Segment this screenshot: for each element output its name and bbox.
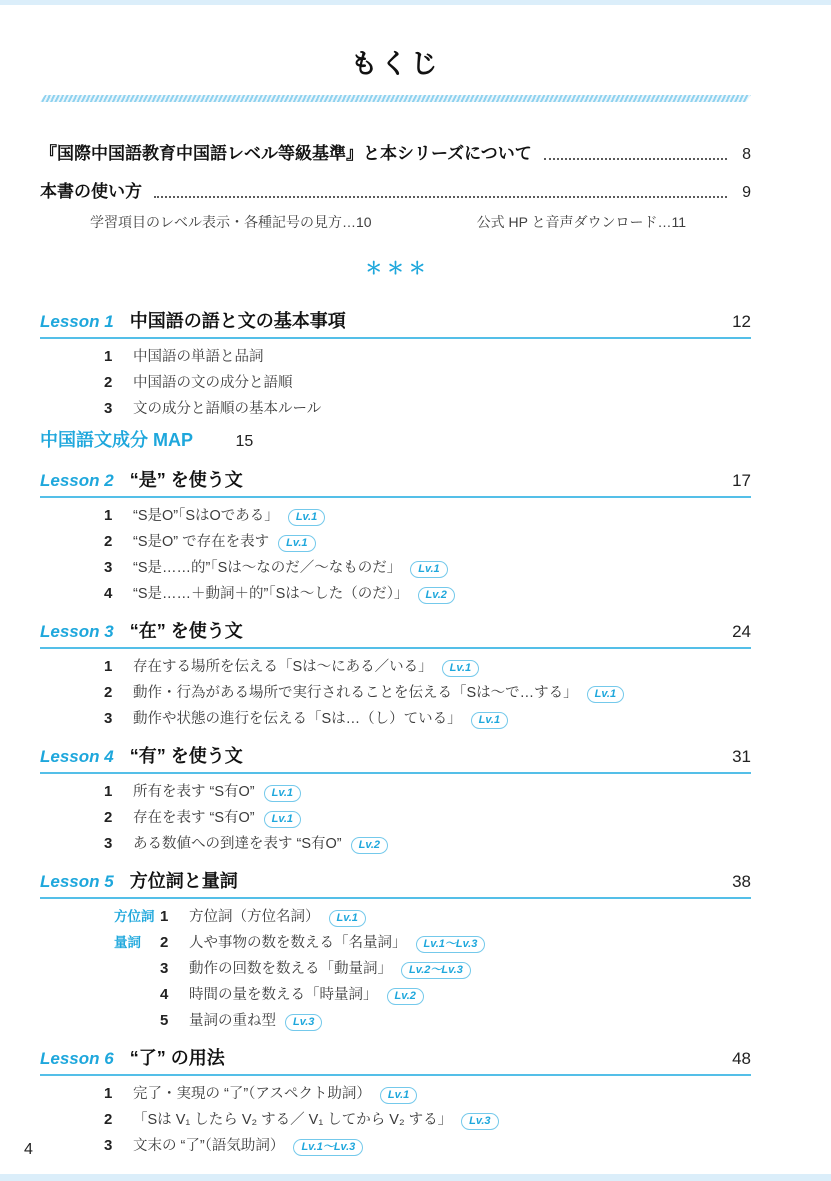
- category-label: 量詞: [114, 933, 160, 952]
- lesson-tag: Lesson 1: [40, 311, 114, 333]
- toc-item: 3 文の成分と語順の基本ルール: [40, 399, 751, 419]
- level-badge: Lv.1: [442, 660, 479, 677]
- item-text: 量詞の重ね型: [189, 1012, 276, 1031]
- item-text: 中国語の単語と品詞: [133, 348, 264, 367]
- lesson-title: 方位詞と量詞: [130, 870, 238, 892]
- item-number: 2: [104, 683, 120, 702]
- level-badge: Lv.1～Lv.3: [293, 1139, 363, 1156]
- toc-item: 3 動作や状態の進行を伝える「Sは…（し）ている」 Lv.1: [40, 709, 751, 729]
- toc-item: 3 “S是……的”「Sは～なのだ／～なものだ」 Lv.1: [40, 558, 751, 578]
- toc-entry-label: 『国際中国語教育中国語レベル等級基準』と本シリーズについて: [40, 142, 532, 165]
- toc-item: 3 動作の回数を数える「動量詞」 Lv.2～Lv.3: [40, 959, 751, 979]
- toc-content: もくじ 『国際中国語教育中国語レベル等級基準』と本シリーズについて 8 本書の使…: [40, 0, 751, 1156]
- toc-item: 方位詞 1 方位詞（方位名詞） Lv.1: [40, 907, 751, 927]
- toc-item: 1 存在する場所を伝える「Sは～にある／いる」 Lv.1: [40, 657, 751, 677]
- sub-entry: 学習項目のレベル表示・各種記号の見方…10: [90, 212, 372, 232]
- item-text: 動作・行為がある場所で実行されることを伝える「Sは～で…する」: [133, 684, 578, 703]
- lesson-block-4: Lesson 4 “有” を使う文 31 1 所有を表す “S有O” Lv.1 …: [40, 745, 751, 854]
- item-number: 4: [160, 985, 176, 1004]
- item-text: 「Sは V₁ したら V₂ する／ V₁ してから V₂ する」: [133, 1111, 452, 1130]
- item-text: 存在する場所を伝える「Sは～にある／いる」: [133, 658, 433, 677]
- lesson-tag: Lesson 3: [40, 621, 114, 643]
- lesson-tag: Lesson 2: [40, 470, 114, 492]
- level-badge: Lv.2: [351, 837, 388, 854]
- lesson-title: “有” を使う文: [130, 745, 243, 767]
- toc-item: 2 「Sは V₁ したら V₂ する／ V₁ してから V₂ する」 Lv.3: [40, 1110, 751, 1130]
- lesson-tag: Lesson 5: [40, 871, 114, 893]
- item-number: 4: [104, 584, 120, 603]
- item-number: 1: [104, 782, 120, 801]
- lesson-heading: Lesson 5 方位詞と量詞 38: [40, 870, 751, 899]
- toc-item: 3 ある数値への到達を表す “S有O” Lv.2: [40, 834, 751, 854]
- lesson-block-2: Lesson 2 “是” を使う文 17 1 “S是O”「SはOである」 Lv.…: [40, 469, 751, 604]
- toc-item: 5 量詞の重ね型 Lv.3: [40, 1011, 751, 1031]
- front-matter: 『国際中国語教育中国語レベル等級基準』と本シリーズについて 8 本書の使い方 9…: [40, 142, 751, 280]
- toc-page: もくじ 『国際中国語教育中国語レベル等級基準』と本シリーズについて 8 本書の使…: [0, 0, 831, 1181]
- item-text: 完了・実現の “了”（アスペクト助詞）: [133, 1085, 371, 1104]
- item-number: 1: [104, 1084, 120, 1103]
- level-badge: Lv.2: [418, 587, 455, 604]
- lesson-title: “是” を使う文: [130, 469, 243, 491]
- lesson-page-number: 24: [732, 621, 751, 643]
- item-number: 2: [104, 808, 120, 827]
- toc-entry-page: 9: [737, 181, 751, 204]
- item-number: 3: [104, 399, 120, 418]
- lesson-heading: Lesson 1 中国語の語と文の基本事項 12: [40, 310, 751, 339]
- item-number: 3: [104, 558, 120, 577]
- lesson-page-number: 12: [732, 311, 751, 333]
- toc-item: 2 “S是O” で存在を表す Lv.1: [40, 532, 751, 552]
- lesson-tag: Lesson 4: [40, 746, 114, 768]
- item-text: “S是……的”「Sは～なのだ／～なものだ」: [133, 559, 401, 578]
- toc-item: 4 時間の量を数える「時量詞」 Lv.2: [40, 985, 751, 1005]
- item-text: 人や事物の数を数える「名量詞」: [189, 934, 407, 953]
- item-text: 動作の回数を数える「動量詞」: [189, 960, 392, 979]
- item-number: 2: [104, 1110, 120, 1129]
- toc-item: 4 “S是……＋動詞＋的”「Sは～した（のだ）」 Lv.2: [40, 584, 751, 604]
- item-number: 1: [104, 506, 120, 525]
- toc-item: 2 動作・行為がある場所で実行されることを伝える「Sは～で…する」 Lv.1: [40, 683, 751, 703]
- lesson-title: 中国語の語と文の基本事項: [130, 310, 346, 332]
- map-entry: 中国語文成分 MAP 15: [40, 429, 751, 453]
- item-number: 1: [104, 347, 120, 366]
- lesson-title: “了” の用法: [130, 1047, 225, 1069]
- decorative-hatch-rule: [40, 95, 751, 102]
- item-text: 方位詞（方位名詞）: [189, 908, 320, 927]
- dotted-leader: [544, 158, 727, 160]
- level-badge: Lv.1～Lv.3: [416, 936, 486, 953]
- item-number: 3: [160, 959, 176, 978]
- item-text: “S是……＋動詞＋的”「Sは～した（のだ）」: [133, 585, 409, 604]
- lesson-heading: Lesson 6 “了” の用法 48: [40, 1047, 751, 1076]
- item-number: 3: [104, 1136, 120, 1155]
- map-entry-label: 中国語文成分 MAP: [40, 430, 193, 450]
- level-badge: Lv.2～Lv.3: [401, 962, 471, 979]
- lesson-heading: Lesson 2 “是” を使う文 17: [40, 469, 751, 498]
- item-number: 3: [104, 709, 120, 728]
- item-number: 2: [104, 532, 120, 551]
- page-edge-top: [0, 0, 831, 5]
- lesson-page-number: 38: [732, 871, 751, 893]
- toc-entry-label: 本書の使い方: [40, 180, 142, 203]
- toc-item: 1 “S是O”「SはOである」 Lv.1: [40, 506, 751, 526]
- dotted-leader: [154, 196, 727, 198]
- level-badge: Lv.1: [264, 811, 301, 828]
- lesson-page-number: 31: [732, 746, 751, 768]
- lesson-title: “在” を使う文: [130, 620, 243, 642]
- level-badge: Lv.1: [471, 712, 508, 729]
- level-badge: Lv.1: [264, 785, 301, 802]
- lesson-heading: Lesson 3 “在” を使う文 24: [40, 620, 751, 649]
- toc-item: 1 中国語の単語と品詞: [40, 347, 751, 367]
- toc-item: 1 完了・実現の “了”（アスペクト助詞） Lv.1: [40, 1084, 751, 1104]
- toc-item: 3 文末の “了”（語気助詞） Lv.1～Lv.3: [40, 1136, 751, 1156]
- item-text: 所有を表す “S有O”: [133, 783, 255, 802]
- item-number: 3: [104, 834, 120, 853]
- lesson-block-6: Lesson 6 “了” の用法 48 1 完了・実現の “了”（アスペクト助詞…: [40, 1047, 751, 1156]
- item-number: 1: [104, 657, 120, 676]
- lesson-page-number: 17: [732, 470, 751, 492]
- toc-item: 量詞 2 人や事物の数を数える「名量詞」 Lv.1～Lv.3: [40, 933, 751, 953]
- level-badge: Lv.3: [461, 1113, 498, 1130]
- level-badge: Lv.1: [278, 535, 315, 552]
- toc-item: 2 中国語の文の成分と語順: [40, 373, 751, 393]
- item-text: 存在を表す “S有O”: [133, 809, 255, 828]
- toc-item: 1 所有を表す “S有O” Lv.1: [40, 782, 751, 802]
- page-edge-bottom: [0, 1174, 831, 1181]
- level-badge: Lv.1: [410, 561, 447, 578]
- item-text: “S是O”「SはOである」: [133, 507, 279, 526]
- front-matter-sub-entries: 学習項目のレベル表示・各種記号の見方…10 公式 HP と音声ダウンロード…11: [40, 212, 751, 232]
- lesson-block-1: Lesson 1 中国語の語と文の基本事項 12 1 中国語の単語と品詞 2 中…: [40, 310, 751, 419]
- level-badge: Lv.3: [285, 1014, 322, 1031]
- level-badge: Lv.1: [587, 686, 624, 703]
- level-badge: Lv.2: [387, 988, 424, 1005]
- lesson-block-5: Lesson 5 方位詞と量詞 38 方位詞 1 方位詞（方位名詞） Lv.1 …: [40, 870, 751, 1031]
- item-text: 時間の量を数える「時量詞」: [189, 986, 378, 1005]
- item-text: 動作や状態の進行を伝える「Sは…（し）ている」: [133, 710, 462, 729]
- lesson-heading: Lesson 4 “有” を使う文 31: [40, 745, 751, 774]
- item-text: 文末の “了”（語気助詞）: [133, 1137, 284, 1156]
- category-label: 方位詞: [114, 907, 160, 926]
- item-number: 2: [160, 933, 176, 952]
- folio-page-number: 4: [24, 1141, 33, 1159]
- toc-item: 2 存在を表す “S有O” Lv.1: [40, 808, 751, 828]
- lesson-page-number: 48: [732, 1048, 751, 1070]
- level-badge: Lv.1: [380, 1087, 417, 1104]
- section-separator: ＊ ＊ ＊: [40, 258, 751, 280]
- item-text: ある数値への到達を表す “S有O”: [133, 835, 342, 854]
- item-text: 文の成分と語順の基本ルール: [133, 400, 321, 419]
- item-number: 2: [104, 373, 120, 392]
- sub-entry: 公式 HP と音声ダウンロード…11: [477, 212, 687, 232]
- toc-entry-page: 8: [737, 143, 751, 166]
- item-text: “S是O” で存在を表す: [133, 533, 269, 552]
- item-text: 中国語の文の成分と語順: [133, 374, 293, 393]
- page-title: もくじ: [40, 45, 751, 83]
- toc-entry: 『国際中国語教育中国語レベル等級基準』と本シリーズについて 8: [40, 142, 751, 166]
- toc-entry: 本書の使い方 9: [40, 180, 751, 204]
- lesson-block-3: Lesson 3 “在” を使う文 24 1 存在する場所を伝える「Sは～にある…: [40, 620, 751, 729]
- level-badge: Lv.1: [329, 910, 366, 927]
- item-number: 1: [160, 907, 176, 926]
- lesson-tag: Lesson 6: [40, 1048, 114, 1070]
- level-badge: Lv.1: [288, 509, 325, 526]
- item-number: 5: [160, 1011, 176, 1030]
- map-entry-page: 15: [235, 433, 253, 450]
